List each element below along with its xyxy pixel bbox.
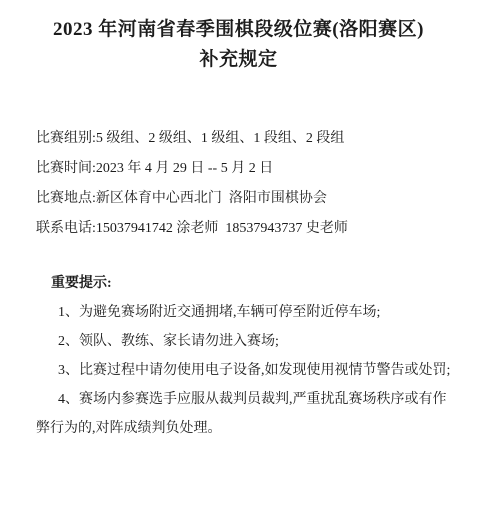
info-row-phone: 联系电话:15037941742 涂老师 18537943737 史老师: [36, 214, 477, 244]
info-value-phone: 15037941742 涂老师 18537943737 史老师: [96, 221, 348, 236]
title-line-2: 补充规定: [19, 45, 459, 75]
document-page: 2023 年河南省春季围棋段级位赛(洛阳赛区) 补充规定 比赛组别:5 级组、2…: [0, 0, 477, 506]
info-section: 比赛组别:5 级组、2 级组、1 级组、1 段组、2 段组 比赛时间:2023 …: [36, 124, 477, 244]
title-line-1: 2023 年河南省春季围棋段级位赛(洛阳赛区): [19, 15, 459, 45]
notice-item-1: 1、为避免赛场附近交通拥堵,车辆可停至附近停车场;: [36, 298, 456, 327]
notice-section: 重要提示: 1、为避免赛场附近交通拥堵,车辆可停至附近停车场; 2、领队、教练、…: [36, 269, 456, 443]
notice-item-2: 2、领队、教练、家长请勿进入赛场;: [36, 327, 456, 356]
notice-heading: 重要提示:: [36, 269, 456, 298]
notice-item-3: 3、比赛过程中请勿使用电子设备,如发现使用视情节警告或处罚;: [36, 356, 456, 385]
info-row-location: 比赛地点:新区体育中心西北门 洛阳市围棋协会: [36, 184, 477, 214]
document-title: 2023 年河南省春季围棋段级位赛(洛阳赛区) 补充规定: [19, 15, 459, 75]
notice-item-4: 4、赛场内参赛选手应服从裁判员裁判,严重扰乱赛场秩序或有作弊行为的,对阵成绩判负…: [36, 385, 456, 443]
info-row-time: 比赛时间:2023 年 4 月 29 日 -- 5 月 2 日: [36, 154, 477, 184]
info-value-time: 2023 年 4 月 29 日 -- 5 月 2 日: [96, 161, 273, 176]
info-label-phone: 联系电话:: [36, 221, 96, 236]
info-row-groups: 比赛组别:5 级组、2 级组、1 级组、1 段组、2 段组: [36, 124, 477, 154]
info-value-location: 新区体育中心西北门 洛阳市围棋协会: [96, 191, 327, 206]
info-label-location: 比赛地点:: [36, 191, 96, 206]
info-value-groups: 5 级组、2 级组、1 级组、1 段组、2 段组: [96, 131, 345, 146]
info-label-time: 比赛时间:: [36, 161, 96, 176]
info-label-groups: 比赛组别:: [36, 131, 96, 146]
